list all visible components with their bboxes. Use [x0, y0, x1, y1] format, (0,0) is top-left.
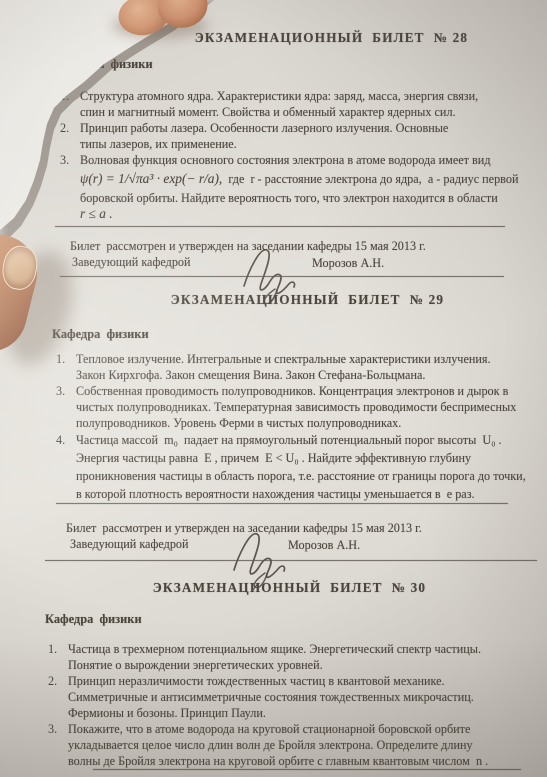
question-line-text: Покажите, что в атоме водорода на кругов…	[68, 722, 470, 736]
question-line: Принцип работы лазера. Особенности лазер…	[80, 120, 448, 136]
question-line-text: спин и магнитный момент. Свойства и обме…	[80, 105, 456, 119]
question-line-text: типы лазеров, их применение.	[80, 137, 237, 151]
question-item: 3.Волновая функция основного состояния э…	[60, 152, 547, 222]
question-line-text: Структура атомного ядра. Характеристики …	[80, 89, 478, 103]
question-number-cell: 4.	[56, 431, 76, 503]
question-line: Энергия частицы равна E , причем E < U₀ …	[76, 449, 526, 467]
ticket-title: ЭКЗАМЕНАЦИОННЫЙ БИЛЕТ № 29	[34, 284, 547, 308]
formula: r ≤ a .	[80, 206, 113, 221]
question-line-text: проникновения частицы в область порога, …	[76, 469, 526, 483]
question-text: Волновая функция основного состояния эле…	[80, 152, 518, 222]
question-list: 1.Структура атомного ядра. Характеристик…	[60, 88, 547, 222]
question-line: боровской орбиты. Найдите вероятность то…	[80, 190, 518, 206]
question-line-text: Частица массой m₀ падает на прямоугольны…	[76, 433, 502, 447]
question-number-cell: 2.	[60, 120, 80, 152]
question-line-text: Тепловое излучение. Интегральные и спект…	[76, 352, 491, 366]
ticket-section: ЭКЗАМЕНАЦИОННЫЙ БИЛЕТ № 29Кафедра физики…	[0, 284, 547, 575]
question-item: 3.Собственная проводимость полупроводник…	[56, 383, 547, 431]
question-number-cell: 2.	[48, 673, 68, 721]
question-line: r ≤ a .	[80, 206, 518, 222]
question-line: Фермионы и бозоны. Принцип Паули.	[68, 705, 474, 721]
separator-line	[55, 226, 505, 227]
question-text: Тепловое излучение. Интегральные и спект…	[76, 351, 491, 383]
question-text: Частица в трехмерном потенциальном ящике…	[68, 641, 481, 673]
question-line: чистых полупроводниках. Температурная за…	[76, 399, 516, 415]
question-line: спин и магнитный момент. Свойства и обме…	[80, 104, 478, 120]
question-item: 2.Принцип работы лазера. Особенности лаз…	[60, 120, 547, 152]
question-line: в которой плотность вероятности нахожден…	[76, 485, 526, 503]
question-item: 1.Частица в трехмерном потенциальном ящи…	[48, 641, 547, 673]
question-item: 2.Принцип неразличимости тождественных ч…	[48, 673, 547, 721]
question-number-cell: 1.	[56, 351, 76, 383]
head-of-department-label: Заведующий кафедрой	[72, 255, 191, 270]
question-line-text: чистых полупроводниках. Температурная за…	[76, 400, 516, 414]
question-number: 4.	[56, 433, 65, 447]
ticket-section: ЭКЗАМЕНАЦИОННЫЙ БИЛЕТ № 28Кафедра физики…	[0, 28, 547, 298]
question-line: волны де Бройля электрона на круговой ор…	[68, 753, 488, 769]
head-of-department-label: Заведующий кафедрой	[70, 537, 189, 552]
question-text: Принцип неразличимости тождественных час…	[68, 673, 474, 721]
question-line-text: Симметричные и антисимметричные состояни…	[68, 690, 474, 704]
question-line-text: Понятие о вырождении энергетических уров…	[68, 658, 323, 672]
question-item: 1.Структура атомного ядра. Характеристик…	[60, 88, 547, 120]
question-line-text: волны де Бройля электрона на круговой ор…	[68, 754, 488, 768]
question-line: Собственная проводимость полупроводников…	[76, 383, 516, 399]
question-line-text: в которой плотность вероятности нахожден…	[76, 487, 475, 501]
question-text: Собственная проводимость полупроводников…	[76, 383, 516, 431]
question-line: Покажите, что в атоме водорода на кругов…	[68, 721, 488, 737]
question-number: 2.	[48, 674, 57, 688]
department-label: Кафедра физики	[45, 612, 547, 627]
question-number-cell: 3.	[48, 721, 68, 769]
question-line: Понятие о вырождении энергетических уров…	[68, 657, 481, 673]
question-line: Закон Кирхгофа. Закон смещения Вина. Зак…	[76, 367, 491, 383]
formula: ψ(r) = 1/√πa³ · exp(− r/a),	[80, 171, 222, 186]
question-text: Частица массой m₀ падает на прямоугольны…	[76, 431, 526, 503]
question-line: Частица массой m₀ падает на прямоугольны…	[76, 431, 526, 449]
question-line: проникновения частицы в область порога, …	[76, 467, 526, 485]
question-number-cell: 1.	[48, 641, 68, 673]
ticket-footer: Билет рассмотрен и утвержден на заседани…	[0, 503, 547, 575]
question-line: Симметричные и антисимметричные состояни…	[68, 689, 474, 705]
question-number: 3.	[56, 384, 65, 398]
question-number-cell: 3.	[56, 383, 76, 431]
question-item: 1.Тепловое излучение. Интегральные и спе…	[56, 351, 547, 383]
question-line-text: Закон Кирхгофа. Закон смещения Вина. Зак…	[76, 368, 425, 382]
department-label: Кафедра физики	[52, 327, 547, 342]
document-page: ЭКЗАМЕНАЦИОННЫЙ БИЛЕТ № 28Кафедра физики…	[0, 0, 547, 777]
question-line: Волновая функция основного состояния эле…	[80, 152, 518, 168]
head-name: Морозов А.Н.	[312, 256, 384, 271]
ticket-title: ЭКЗАМЕНАЦИОННЫЙ БИЛЕТ № 30	[16, 572, 547, 596]
question-line-text: боровской орбиты. Найдите вероятность то…	[80, 191, 498, 205]
question-line: укладывается целое число длин волн де Бр…	[68, 737, 488, 753]
separator-line	[60, 276, 504, 277]
exam-ticket-photo: ЭКЗАМЕНАЦИОННЫЙ БИЛЕТ № 28Кафедра физики…	[0, 0, 547, 777]
question-number: 3.	[48, 722, 57, 736]
bottom-rule	[93, 769, 521, 770]
question-text: Структура атомного ядра. Характеристики …	[80, 88, 478, 120]
question-list: 1.Частица в трехмерном потенциальном ящи…	[48, 641, 547, 769]
question-line-text: полупроводников. Уровень Ферми в чистых …	[76, 416, 401, 430]
department-label: Кафедра физики	[56, 57, 547, 72]
question-number: 1.	[56, 352, 65, 366]
ticket-section: ЭКЗАМЕНАЦИОННЫЙ БИЛЕТ № 30Кафедра физики…	[0, 572, 547, 770]
question-text: Покажите, что в атоме водорода на кругов…	[68, 721, 488, 769]
question-line-text: Принцип работы лазера. Особенности лазер…	[80, 121, 448, 135]
question-number: 1.	[60, 89, 69, 103]
separator-line	[45, 560, 537, 561]
question-line-text: Энергия частицы равна E , причем E < U₀ …	[76, 451, 471, 465]
question-line: Принцип неразличимости тождественных час…	[68, 673, 474, 689]
question-line: полупроводников. Уровень Ферми в чистых …	[76, 415, 516, 431]
separator-line	[56, 503, 508, 504]
question-number-cell: 1.	[60, 88, 80, 120]
question-line: Тепловое излучение. Интегральные и спект…	[76, 351, 491, 367]
question-line-text: Волновая функция основного состояния эле…	[80, 153, 491, 167]
question-item: 4.Частица массой m₀ падает на прямоуголь…	[56, 431, 547, 503]
question-line: ψ(r) = 1/√πa³ · exp(− r/a), где r - расс…	[80, 168, 518, 190]
question-line-text: укладывается целое число длин волн де Бр…	[68, 738, 473, 752]
question-list: 1.Тепловое излучение. Интегральные и спе…	[56, 351, 547, 503]
question-number: 3.	[60, 153, 69, 167]
question-line: типы лазеров, их применение.	[80, 136, 448, 152]
question-line-text: Собственная проводимость полупроводников…	[76, 384, 508, 398]
question-number: 2.	[60, 121, 69, 135]
question-line-text: Принцип неразличимости тождественных час…	[68, 674, 445, 688]
question-line-text: Фермионы и бозоны. Принцип Паули.	[68, 706, 266, 720]
question-number: 1.	[48, 642, 57, 656]
question-line-text: Частица в трехмерном потенциальном ящике…	[68, 642, 481, 656]
formula-following-text: где r - расстояние электрона до ядра, a …	[222, 172, 518, 186]
question-text: Принцип работы лазера. Особенности лазер…	[80, 120, 448, 152]
question-line: Частица в трехмерном потенциальном ящике…	[68, 641, 481, 657]
question-item: 3.Покажите, что в атоме водорода на круг…	[48, 721, 547, 769]
question-line: Структура атомного ядра. Характеристики …	[80, 88, 478, 104]
question-number-cell: 3.	[60, 152, 80, 222]
